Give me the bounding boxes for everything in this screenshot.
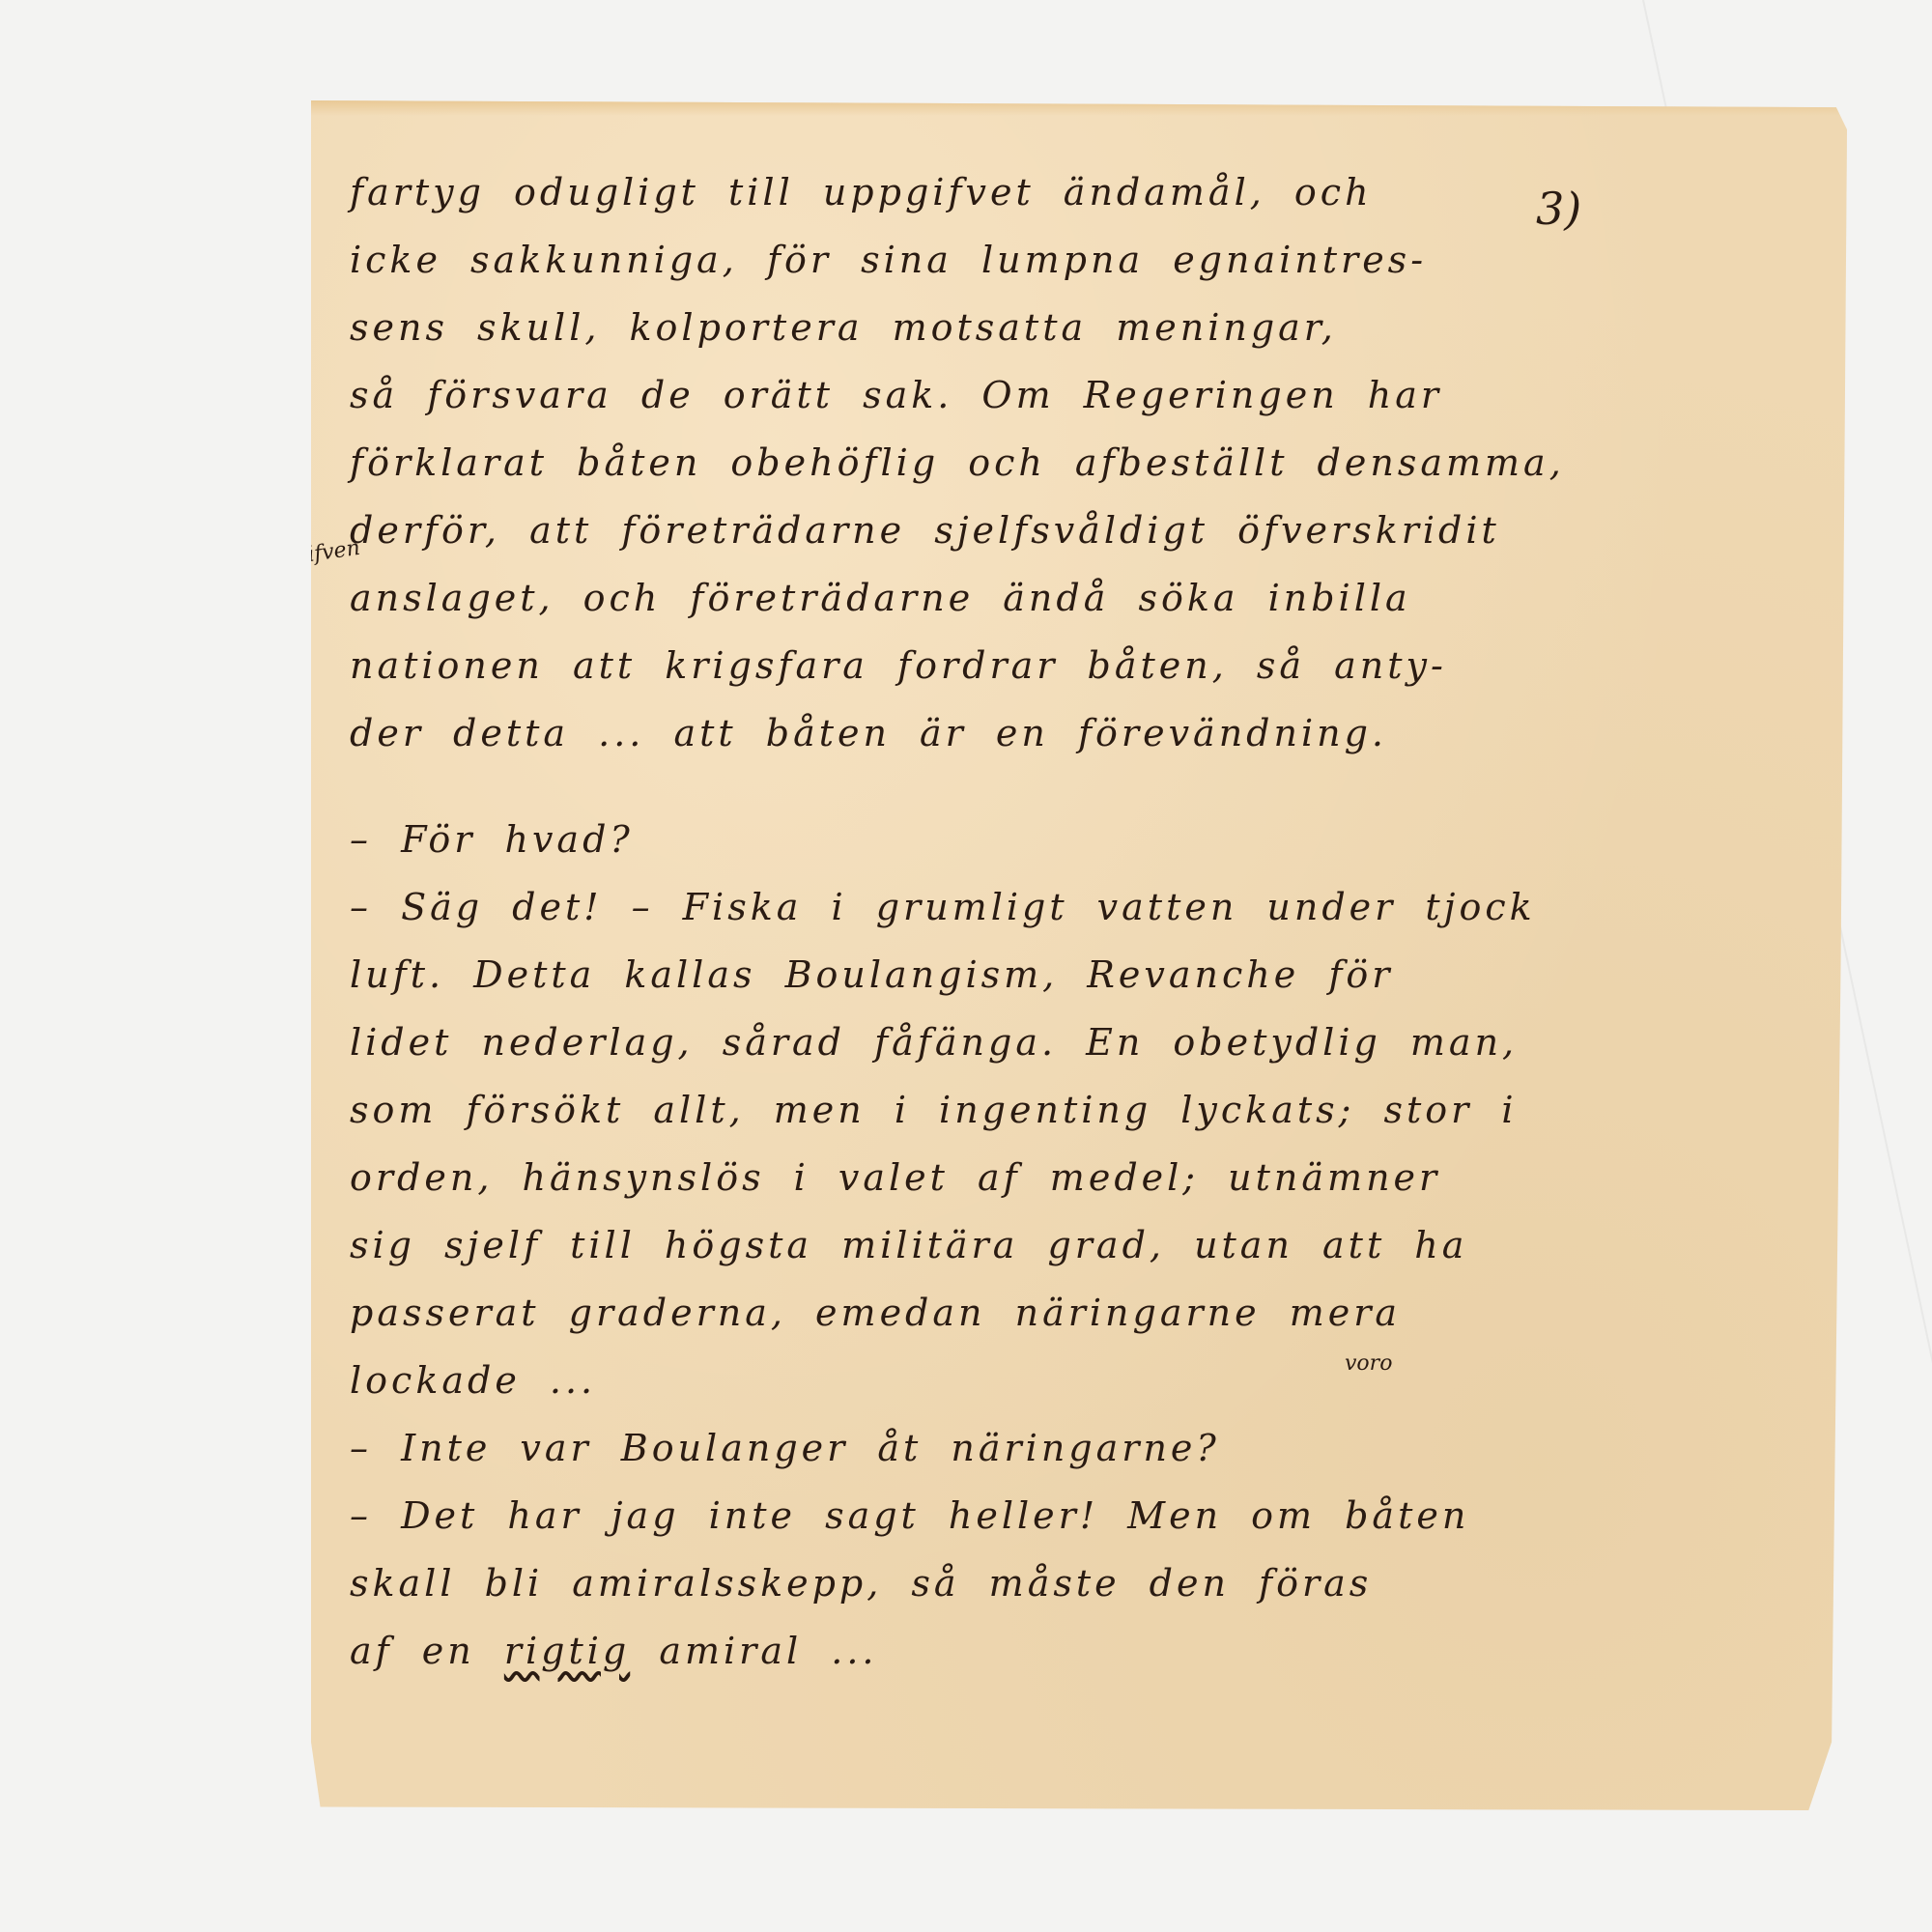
text-line: som försökt allt, men i ingenting lyckat… [350,1076,1605,1144]
dialogue-line: – Inte var Boulanger åt näringarne? [350,1414,1605,1482]
dialogue-line: – Det har jag inte sagt heller! Men om b… [350,1482,1605,1549]
text-line: orden, hänsynslös i valet af medel; utnä… [350,1144,1605,1211]
text-line: lockade ... [350,1347,1605,1414]
dialogue-line: – Säg det! – Fiska i grumligt vatten und… [350,873,1605,941]
emphasized-word: rigtig [504,1630,630,1672]
text-line: lidet nederlag, sårad fåfänga. En obetyd… [350,1009,1605,1076]
text-line: så försvara de orätt sak. Om Regeringen … [350,361,1605,429]
manuscript-page: 3) äfven voro fartyg odugligt till uppgi… [311,100,1847,1810]
text-line: sens skull, kolportera motsatta meningar… [350,294,1605,361]
text-line: der detta ... att båten är en förevändni… [350,699,1605,767]
paper-torn-edge [311,100,1847,116]
dialogue-line: – För hvad? [350,806,1605,873]
text-line: fartyg odugligt till uppgifvet ändamål, … [350,158,1605,226]
manuscript-text: fartyg odugligt till uppgifvet ändamål, … [350,158,1605,1685]
text-line: derför, att företrädarne sjelfsvåldigt ö… [350,497,1605,564]
text-line: icke sakkunniga, för sina lumpna egnaint… [350,226,1605,294]
paragraph-gap [350,767,1605,806]
text-line: sig sjelf till högsta militära grad, uta… [350,1211,1605,1279]
text-line: anslaget, och företrädarne ändå söka inb… [350,564,1605,632]
text-line: nationen att krigsfara fordrar båten, så… [350,632,1605,699]
text-line: förklarat båten obehöflig och afbeställt… [350,429,1605,497]
text-line-final: af en rigtig amiral ... [350,1617,1605,1685]
text-line: passerat graderna, emedan näringarne mer… [350,1279,1605,1347]
text-line: skall bli amiralsskepp, så måste den för… [350,1549,1605,1617]
text-line: luft. Detta kallas Boulangism, Revanche … [350,941,1605,1009]
